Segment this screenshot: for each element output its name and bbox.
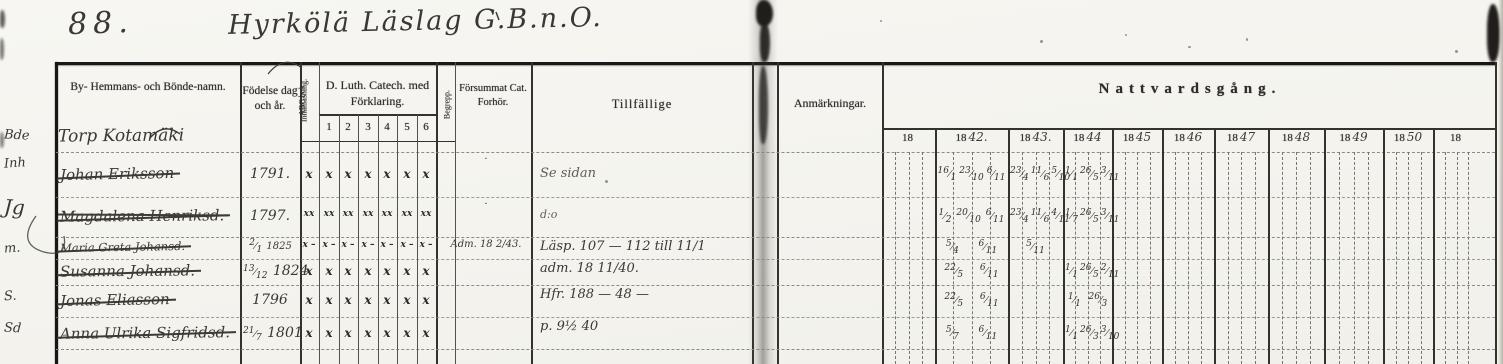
reading-mark: x [299,167,319,181]
row-name-text: Jonas Eliasson [60,290,170,310]
row-birth-date: 21⁄7 1801 [242,325,298,343]
year-subcolumn-dash [1125,152,1126,364]
communion-date: 5⁄7 [946,326,959,342]
communion-date: 3⁄11 [1101,209,1120,225]
missed-exam-note: Adm. 18 2/43. [440,239,532,250]
year-header-cell: 1850 [1383,130,1433,145]
toner-speck [1246,38,1248,41]
toner-speck [1188,46,1191,48]
row-birth-date: 2⁄1 1825 [242,239,298,255]
col-header-innanlasning: Innanläsning. [300,72,309,130]
communion-date: 1⁄1 [1068,293,1081,309]
communion-date: 22⁄5 [944,264,963,280]
reading-mark: x [358,293,378,307]
year-handwritten-suffix: 42. [968,130,987,144]
communion-date: 20⁄10 [956,209,980,225]
row-separator-line [56,259,1495,260]
row-separator-line [56,317,1495,318]
occasional-note: p. 9½ 40 [540,319,598,334]
year-subcolumn-dash [909,152,910,364]
reading-mark: x [397,293,417,307]
communion-date: 26⁄5 [1080,167,1099,183]
occasional-note: Läsp. 107 — 112 till 11/1 [540,239,706,254]
communion-date: 3⁄11 [1101,167,1120,183]
reading-mark: x – [358,240,378,250]
col-line-occasional-remarks [752,62,754,364]
occasional-note: adm. 18 11/40. [540,261,639,276]
communion-date: 6⁄11 [980,293,999,309]
row-name: Maria Greta Johansd. [60,239,185,255]
reading-mark: x [416,167,436,181]
year-subcolumn-dash [1310,152,1311,364]
missed-exam-note: · [440,199,532,210]
communion-year-cell: 16⁄123⁄106⁄11 [936,154,1007,195]
reading-mark: xx [397,209,417,219]
communion-date: 11⁄6 [1031,209,1050,225]
communion-date: 26⁄3 [1088,293,1107,309]
row-margin-note: Inh [4,155,27,171]
communion-year-cell: 22⁄56⁄11 [936,261,1007,283]
reading-mark: x [358,167,378,181]
row-name: Magdalena Henriksd. [60,206,224,225]
year-printed-prefix: 18 [1073,132,1084,144]
year-printed-prefix: 18 [1339,132,1350,144]
year-printed-prefix: 18 [1282,132,1293,144]
year-handwritten-suffix: 49 [1352,130,1367,144]
row-name: Jonas Eliasson [60,290,170,310]
row-birth-date: 1796 [242,292,298,308]
communion-date: 26⁄5 [1080,209,1099,225]
communion-year-cell: 5⁄46⁄11 [936,239,1007,257]
row-margin-note: Jg [3,194,25,219]
year-handwritten-suffix: 46 [1187,130,1202,144]
communion-year-cell: 1⁄126⁄3 [1064,287,1111,315]
col-header-occasional: Tillfällige [534,96,750,112]
occasional-note: d:o [540,208,557,221]
year-subcolumn-dash [1175,152,1176,364]
year-printed-prefix: 18 [1019,132,1030,144]
scanned-church-record-page: 88. Hyrkölä Läslag G.B.n.O. By- Hemmans-… [0,0,1503,364]
paper-right-edge-shade [1498,0,1503,364]
reading-mark: xx [416,209,436,219]
row-margin-note: m. [3,240,20,256]
year-header-cell: 1847 [1214,130,1268,145]
communion-date: 5⁄4 [946,240,959,256]
reading-mark: x [416,264,436,278]
communion-year-cell: 22⁄56⁄11 [936,287,1007,315]
year-printed-prefix: 18 [955,132,966,144]
year-column-line [1214,128,1216,364]
reading-mark: xx [338,209,358,219]
reading-mark: x [319,293,339,307]
reading-mark: x [397,264,417,278]
year-handwritten-suffix: 50 [1407,130,1422,144]
reading-mark: x [338,293,358,307]
col-header-birth: Födelse dag och år. [242,84,298,114]
year-subcolumn-dash [1296,152,1297,364]
communion-date: 6⁄11 [986,209,1005,225]
occasional-note: Se sidan [540,166,596,181]
communion-date: 4⁄11 [1051,209,1070,225]
occasional-note: Hfr. 188 — 48 — [540,287,649,302]
toner-speck [605,180,608,183]
col-header-remarks: Anmärkningar. [779,96,881,112]
col-header-catech: D. Luth. Catech. med Förklaring. [321,78,434,109]
year-subcolumn-dash [1396,152,1397,364]
communion-date: 26⁄3 [1080,326,1099,342]
year-handwritten-suffix: 45 [1136,130,1151,144]
communion-date: 6⁄11 [980,264,999,280]
communion-year-cell: 1⁄126⁄33⁄10 [1064,319,1111,349]
reading-mark: x [299,293,319,307]
col-line-begrepp-missed [455,62,456,364]
year-subcolumn-dash [1150,152,1151,364]
year-subcolumn-dash [1241,152,1242,364]
communion-year-cell: 1⁄126⁄53⁄11 [1064,154,1111,195]
reading-mark: xx [377,209,397,219]
toner-speck [1455,50,1458,53]
communion-date: 6⁄11 [987,167,1006,183]
row-birth-date: 1791. [242,166,298,182]
table-right-border [1495,62,1497,364]
reading-mark: x [299,326,319,340]
year-subcolumn-dash [922,152,923,364]
row-name-text: Torp Kotamäki [58,125,184,146]
col-header-name: By- Hemmans- och Bönde-namn. [60,80,236,95]
communion-date: 2⁄11 [1101,264,1120,280]
communion-date: 3⁄10 [1101,326,1120,342]
year-subcolumn-dash [1228,152,1229,364]
reading-mark: xx [358,209,378,219]
row-separator-line [56,152,1495,153]
row-name-text: Johan Eriksson [60,164,174,184]
communion-date: 21⁄7 [243,327,262,343]
year-printed-prefix: 18 [1227,132,1238,144]
row-margin-note: Bde [4,127,30,143]
communion-date: 23⁄10 [959,167,983,183]
communion-year-cell: 23⁄411⁄65⁄10 [1009,154,1062,195]
reading-mark: x [397,326,417,340]
reading-mark: x [319,326,339,340]
row-name-text: Susanna Johansd. [60,261,195,280]
col-header-communion: Nattvardsgång. [890,80,1490,100]
col-header-missed: Försummat Cat. Forhör. [458,82,528,109]
reading-mark: x – [338,240,358,250]
reading-mark: x [338,326,358,340]
year-column-line [1324,128,1326,364]
year-subcolumn-dash [1137,152,1138,364]
year-header-cell: 1843. [1008,130,1063,145]
catech-col-number: 5 [399,120,415,134]
page-title: Hyrkölä Läslag G.B.n.O. [228,2,603,41]
toner-speck [880,20,882,22]
communion-date: 1⁄1 [1065,326,1078,342]
year-handwritten-suffix: 43. [1032,130,1051,144]
table-top-border [55,62,1497,65]
crease-ink-blot-header [759,66,768,144]
col-line-communion-start [882,62,884,364]
row-margin-note: S. [3,289,17,305]
reading-mark: x – [299,240,319,250]
reading-mark: x [338,264,358,278]
year-column-line [1433,128,1435,364]
communion-date: 1⁄1 [1065,264,1078,280]
year-subcolumn-dash [1201,152,1202,364]
page-number: 88. [67,5,134,42]
year-subcolumn-dash [1354,152,1355,364]
row-separator-line [56,197,1495,198]
catech-col-number: 2 [340,120,356,134]
year-header-cell: 1848 [1268,130,1324,145]
reading-mark: x [299,264,319,278]
reading-mark: x [358,264,378,278]
crease-ink-blot-stem [760,22,770,62]
year-subcolumn-dash [1457,152,1458,364]
communion-date: 13⁄12 [243,265,267,281]
row-margin-note: Sd [4,321,22,337]
communion-date: 16⁄1 [938,167,957,183]
left-edge-mark-1 [0,10,5,28]
year-subcolumn-dash [1368,152,1369,364]
reading-mark: x – [416,240,436,250]
reading-mark: x [377,167,397,181]
catech-col-number: 1 [321,120,337,134]
reading-mark: x [338,167,358,181]
communion-year-cell: 1⁄126⁄52⁄11 [1064,261,1111,283]
year-printed-prefix: 18 [1450,132,1461,144]
row-birth-date: 1797. [242,208,298,224]
reading-mark: x [416,293,436,307]
row-separator-line [56,237,1495,238]
row-name: Torp Kotamäki [58,125,184,146]
row-name-text: Maria Greta Johansd. [60,239,185,255]
reading-mark: xx [319,209,339,219]
catech-col-number: 4 [379,120,395,134]
toner-speck [1040,40,1043,43]
row-name-text: Magdalena Henriksd. [60,206,224,225]
communion-year-cell: 1⁄726⁄53⁄11 [1064,199,1111,235]
year-column-line [1383,128,1385,364]
year-handwritten-suffix: 47 [1240,130,1255,144]
year-subcolumn-dash [1255,152,1256,364]
col-line-missed-occasional [531,62,533,364]
communion-date: 2⁄1 [249,239,262,255]
communion-date: 5⁄10 [1051,167,1070,183]
row-separator-line [56,285,1495,286]
communion-date: 6⁄11 [978,326,997,342]
left-edge-mark-2 [0,38,4,60]
year-subcolumn-dash [1408,152,1409,364]
row-name: Anna Ulrika Sigfridsd. [60,323,230,342]
year-subcolumn-dash [1188,152,1189,364]
communion-date: 1⁄2 [938,209,951,225]
year-printed-prefix: 18 [1174,132,1185,144]
reading-mark: x [319,264,339,278]
reading-mark: x [358,326,378,340]
communion-date: 11⁄6 [1031,167,1050,183]
communion-date: 23⁄4 [1010,167,1029,183]
year-subcolumn-dash [1282,152,1283,364]
year-handwritten-suffix: 48 [1295,130,1310,144]
row-name: Johan Eriksson [60,164,174,184]
communion-date: 23⁄4 [1010,209,1029,225]
reading-mark: x [416,326,436,340]
communion-date: 26⁄5 [1080,264,1099,280]
communion-date: 5⁄11 [1026,240,1045,256]
catech-col-number: 3 [360,120,376,134]
year-header-cell: 1845 [1112,130,1162,145]
col-line-catech-begrepp [436,62,438,364]
year-header-cell: 1849 [1324,130,1383,145]
year-header-cell: 18 [1433,130,1480,145]
row-separator-line [56,349,1495,350]
row-name: Susanna Johansd. [60,261,195,280]
reading-mark: x [397,167,417,181]
year-header-cell: 1842. [935,130,1008,145]
year-header-cell: 18 [882,130,935,145]
toner-speck [1125,34,1127,36]
year-printed-prefix: 18 [1394,132,1405,144]
row-birth-date: 13⁄12 1824 [242,263,298,281]
year-header-cell: 1846 [1162,130,1214,145]
reading-mark: x [377,326,397,340]
year-printed-prefix: 18 [1123,132,1134,144]
communion-date: 6⁄11 [978,240,997,256]
reading-mark: x [377,264,397,278]
missed-exam-note: · [440,154,532,165]
year-subcolumn-dash [895,152,896,364]
catech-col-number: 6 [418,120,434,134]
communion-year-cell: 23⁄411⁄64⁄11 [1009,199,1062,235]
year-column-line [1162,128,1164,364]
reading-mark: x – [377,240,397,250]
year-printed-prefix: 18 [902,132,913,144]
reading-mark: x [377,293,397,307]
row-name-text: Anna Ulrika Sigfridsd. [60,323,230,342]
reading-mark: xx [299,209,319,219]
year-header-cell: 1844 [1063,130,1112,145]
year-subcolumn-dash [1445,152,1446,364]
communion-year-cell: 5⁄11 [1009,239,1062,257]
col-header-begrepp: Begrepp. [443,76,452,134]
year-subcolumn-dash [1421,152,1422,364]
year-column-line [1268,128,1270,364]
communion-year-cell: 5⁄76⁄11 [936,319,1007,349]
reading-mark: x [319,167,339,181]
reading-mark: x – [319,240,339,250]
communion-date: 22⁄5 [944,293,963,309]
year-subcolumn-dash [1339,152,1340,364]
communion-year-cell: 1⁄220⁄106⁄11 [936,199,1007,235]
year-subcolumn-dash [1468,152,1469,364]
reading-mark: x – [397,240,417,250]
year-handwritten-suffix: 44 [1086,130,1101,144]
